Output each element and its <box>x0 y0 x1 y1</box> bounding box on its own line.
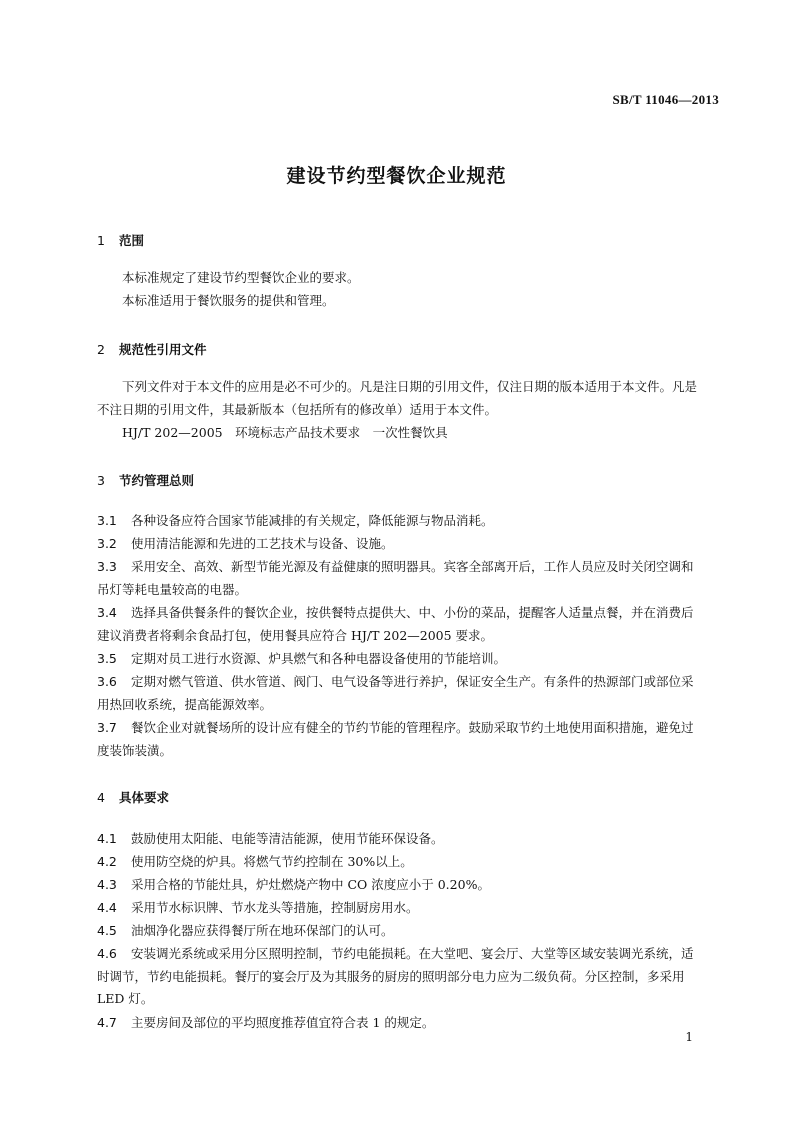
clause: 3.1各种设备应符合国家节能减排的有关规定，降低能源与物品消耗。 <box>97 510 697 533</box>
clause-number: 4.2 <box>97 851 131 874</box>
section-number: 1 <box>97 233 119 248</box>
paragraph: 下列文件对于本文件的应用是必不可少的。凡是注日期的引用文件，仅注日期的版本适用于… <box>97 376 697 421</box>
clause-number: 4.6 <box>97 943 131 966</box>
section-title: 具体要求 <box>119 790 169 805</box>
section-number: 2 <box>97 342 119 357</box>
clause-text: 各种设备应符合国家节能减排的有关规定，降低能源与物品消耗。 <box>131 513 494 528</box>
clause: 4.6安装调光系统或采用分区照明控制，节约电能损耗。在大堂吧、宴会厅、大堂等区域… <box>97 943 697 1011</box>
clause: 3.2使用清洁能源和先进的工艺技术与设备、设施。 <box>97 533 697 556</box>
clause-number: 3.3 <box>97 556 131 579</box>
clause-text: 采用合格的节能灶具，炉灶燃烧产物中 CO 浓度应小于 0.20%。 <box>131 877 490 892</box>
clause-text: 定期对员工进行水资源、炉具燃气和各种电器设备使用的节能培训。 <box>131 651 506 666</box>
clause-number: 3.7 <box>97 717 131 740</box>
clause: 4.7主要房间及部位的平均照度推荐值宜符合表 1 的规定。 <box>97 1012 697 1035</box>
clause-text: 定期对燃气管道、供水管道、阀门、电气设备等进行养护，保证安全生产。有条件的热源部… <box>97 674 694 712</box>
section-heading-4: 4具体要求 <box>97 788 169 806</box>
clause-number: 3.2 <box>97 533 131 556</box>
clause-text: 油烟净化器应获得餐厅所在地环保部门的认可。 <box>131 923 394 938</box>
clause-text: 鼓励使用太阳能、电能等清洁能源，使用节能环保设备。 <box>131 831 444 846</box>
document-title: 建设节约型餐饮企业规范 <box>0 161 793 188</box>
section-title: 节约管理总则 <box>119 473 194 488</box>
clause-text: 使用防空烧的炉具。将燃气节约控制在 30%以上。 <box>131 854 413 869</box>
section-heading-2: 2规范性引用文件 <box>97 340 207 358</box>
clause-text: 餐饮企业对就餐场所的设计应有健全的节约节能的管理程序。鼓励采取节约土地使用面积措… <box>97 720 694 758</box>
clause-number: 3.6 <box>97 671 131 694</box>
section-heading-3: 3节约管理总则 <box>97 471 194 489</box>
clause-text: 采用节水标识牌、节水龙头等措施，控制厨房用水。 <box>131 900 419 915</box>
clause-text: 主要房间及部位的平均照度推荐值宜符合表 1 的规定。 <box>131 1015 434 1030</box>
standard-code: SB/T 11046—2013 <box>613 92 719 108</box>
clause-number: 4.7 <box>97 1012 131 1035</box>
clause: 4.3采用合格的节能灶具，炉灶燃烧产物中 CO 浓度应小于 0.20%。 <box>97 874 697 897</box>
clause: 3.7餐饮企业对就餐场所的设计应有健全的节约节能的管理程序。鼓励采取节约土地使用… <box>97 717 697 762</box>
clause: 4.4采用节水标识牌、节水龙头等措施，控制厨房用水。 <box>97 897 697 920</box>
clause: 3.5定期对员工进行水资源、炉具燃气和各种电器设备使用的节能培训。 <box>97 648 697 671</box>
section-title: 范围 <box>119 233 144 248</box>
clause-number: 4.5 <box>97 920 131 943</box>
clause-number: 4.3 <box>97 874 131 897</box>
section-number: 3 <box>97 473 119 488</box>
paragraph: 本标准适用于餐饮服务的提供和管理。 <box>97 290 697 313</box>
clause: 4.1鼓励使用太阳能、电能等清洁能源，使用节能环保设备。 <box>97 828 697 851</box>
clause-text: 使用清洁能源和先进的工艺技术与设备、设施。 <box>131 536 394 551</box>
section-number: 4 <box>97 790 119 805</box>
clause: 4.5油烟净化器应获得餐厅所在地环保部门的认可。 <box>97 920 697 943</box>
clause: 3.4选择具备供餐条件的餐饮企业，按供餐特点提供大、中、小份的菜品，提醒客人适量… <box>97 602 697 647</box>
clause-text: 选择具备供餐条件的餐饮企业，按供餐特点提供大、中、小份的菜品，提醒客人适量点餐，… <box>97 605 694 643</box>
reference-entry: HJ/T 202—2005 环境标志产品技术要求 一次性餐饮具 <box>97 422 697 445</box>
clause-number: 3.5 <box>97 648 131 671</box>
clause-number: 4.1 <box>97 828 131 851</box>
clause-number: 4.4 <box>97 897 131 920</box>
section-title: 规范性引用文件 <box>119 342 207 357</box>
clause-text: 安装调光系统或采用分区照明控制，节约电能损耗。在大堂吧、宴会厅、大堂等区域安装调… <box>97 946 694 1006</box>
clause-text: 采用安全、高效、新型节能光源及有益健康的照明器具。宾客全部离开后，工作人员应及时… <box>97 559 694 597</box>
clause: 4.2使用防空烧的炉具。将燃气节约控制在 30%以上。 <box>97 851 697 874</box>
clause: 3.6定期对燃气管道、供水管道、阀门、电气设备等进行养护，保证安全生产。有条件的… <box>97 671 697 716</box>
clause: 3.3采用安全、高效、新型节能光源及有益健康的照明器具。宾客全部离开后，工作人员… <box>97 556 697 601</box>
page-number: 1 <box>685 1030 693 1044</box>
section-heading-1: 1范围 <box>97 231 144 249</box>
clause-number: 3.1 <box>97 510 131 533</box>
paragraph: 本标准规定了建设节约型餐饮企业的要求。 <box>97 267 697 290</box>
clause-number: 3.4 <box>97 602 131 625</box>
